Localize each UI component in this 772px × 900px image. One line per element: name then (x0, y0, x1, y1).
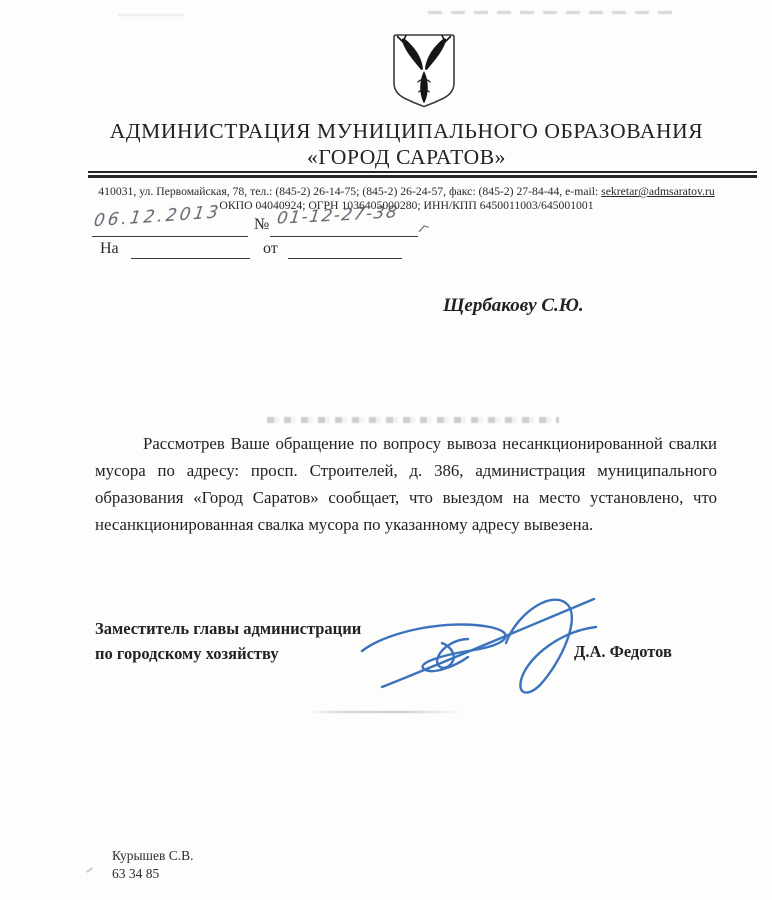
na-label: На (100, 240, 119, 258)
org-name-line1: АДМИНИСТРАЦИЯ МУНИЦИПАЛЬНОГО ОБРАЗОВАНИЯ (65, 118, 748, 144)
na-blank-line (131, 258, 250, 259)
contact-address: 410031, ул. Первомайская, 78, тел.: (845… (98, 185, 601, 198)
erased-text-artifact (267, 417, 559, 423)
number-sign-label: № (254, 216, 269, 234)
signatory-position-line1: Заместитель главы администрации (95, 616, 361, 641)
body-paragraph: Рассмотрев Ваше обращение по вопросу выв… (95, 430, 717, 538)
scanned-letter-page: АДМИНИСТРАЦИЯ МУНИЦИПАЛЬНОГО ОБРАЗОВАНИЯ… (0, 0, 772, 900)
signatory-position: Заместитель главы администрации по город… (95, 616, 361, 666)
signatory-name: Д.А. Федотов (574, 642, 672, 662)
executor-name: Курышев С.В. (112, 847, 193, 865)
org-name: АДМИНИСТРАЦИЯ МУНИЦИПАЛЬНОГО ОБРАЗОВАНИЯ… (65, 118, 748, 170)
org-name-line2: «ГОРОД САРАТОВ» (65, 144, 748, 170)
handwritten-number-suffix: г (416, 221, 432, 237)
handwritten-signature (358, 586, 598, 708)
recipient-name: Щербакову С.Ю. (443, 295, 584, 317)
number-underline (270, 236, 418, 237)
executor-phone: 63 34 85 (112, 865, 193, 883)
header-divider (88, 171, 757, 178)
ot-blank-line (288, 258, 402, 259)
ot-label: от (263, 240, 278, 258)
divider-thick-line (88, 175, 757, 178)
scan-artifact-dot (86, 867, 93, 873)
contact-line1: 410031, ул. Первомайская, 78, тел.: (845… (65, 185, 748, 199)
date-underline (92, 236, 248, 237)
saratov-coat-of-arms-icon (390, 32, 458, 108)
scan-artifact-top2 (118, 14, 184, 16)
scan-artifact-top (428, 11, 680, 14)
coat-of-arms (390, 32, 458, 108)
contact-email: sekretar@admsaratov.ru (601, 185, 715, 198)
scan-artifact-mid (308, 711, 464, 713)
letter-body: Рассмотрев Ваше обращение по вопросу выв… (95, 430, 717, 538)
signatory-position-line2: по городскому хозяйству (95, 641, 361, 666)
executor-block: Курышев С.В. 63 34 85 (112, 847, 193, 883)
